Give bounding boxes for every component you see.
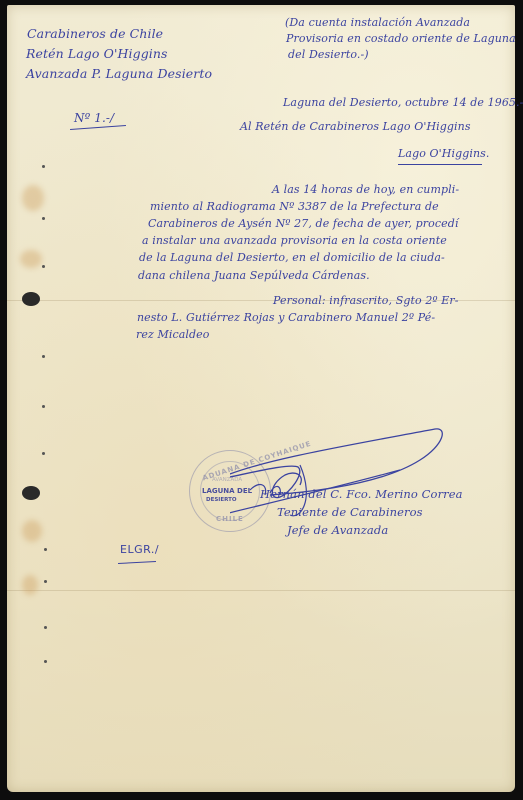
letterhead-line-1: Carabineros de Chile [27, 28, 163, 41]
letterhead-line-3: Avanzada P. Laguna Desierto [26, 68, 212, 81]
recipient-line-1: Al Retén de Carabineros Lago O'Higgins [240, 121, 471, 132]
body-line: a instalar una avanzada provisoria en la… [142, 235, 447, 246]
place-date: Laguna del Desierto, octubre 14 de 1965.… [283, 97, 523, 108]
subject-note-line-1: (Da cuenta instalación Avanzada [285, 17, 470, 28]
pin-mark [44, 580, 47, 583]
subject-note-line-3: del Desierto.-) [288, 49, 369, 60]
body-line: de la Laguna del Desierto, en el domicil… [139, 252, 445, 263]
pin-mark [42, 165, 45, 168]
pin-mark [44, 626, 47, 629]
rust-stain [22, 575, 38, 595]
signatory-name: Hernán del C. Fco. Merino Correa [260, 489, 463, 501]
reference-number: Nº 1.-/ [74, 112, 114, 124]
punch-hole [22, 486, 40, 500]
pin-mark [44, 660, 47, 663]
pin-mark [44, 548, 47, 551]
signatory-title: Jefe de Avanzada [287, 525, 388, 537]
recipient-underline [398, 164, 482, 165]
personnel-line: rez Micaldeo [136, 329, 209, 340]
pin-mark [42, 265, 45, 268]
signatory-rank: Teniente de Carabineros [277, 507, 423, 519]
punch-hole [22, 292, 40, 306]
body-line: Carabineros de Aysén Nº 27, de fecha de … [148, 218, 459, 229]
body-line: A las 14 horas de hoy, en cumpli- [272, 184, 459, 195]
pin-mark [42, 405, 45, 408]
body-line: miento al Radiograma Nº 3387 de la Prefe… [150, 201, 439, 212]
body-line: dana chilena Juana Sepúlveda Cárdenas. [138, 270, 370, 281]
subject-note-line-2: Provisoria en costado oriente de Laguna [286, 33, 516, 44]
rust-stain [22, 185, 44, 211]
pin-mark [42, 355, 45, 358]
personnel-line: Personal: infrascrito, Sgto 2º Er- [273, 295, 459, 306]
letterhead-line-2: Retén Lago O'Higgins [26, 48, 168, 61]
recipient-line-2: Lago O'Higgins. [398, 148, 490, 159]
rust-stain [20, 250, 42, 268]
personnel-line: nesto L. Gutiérrez Rojas y Carabinero Ma… [137, 312, 435, 323]
typist-initials: ELGR./ [120, 544, 159, 555]
paper-fold [7, 590, 515, 591]
rust-stain [22, 520, 42, 542]
pin-mark [42, 217, 45, 220]
pin-mark [42, 452, 45, 455]
